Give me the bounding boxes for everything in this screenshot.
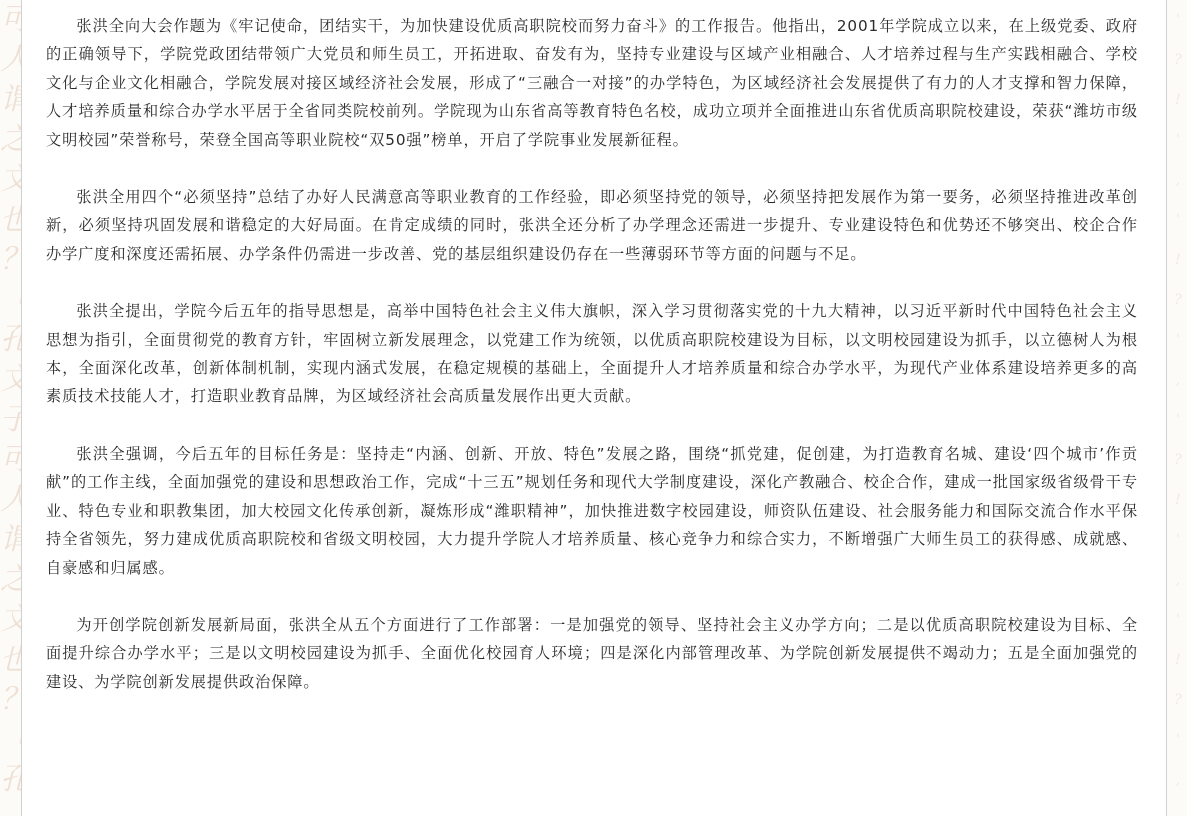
- calligraphy-glyph: ？: [0, 240, 21, 280]
- calligraphy-glyph: 也: [0, 640, 21, 680]
- calligraphy-glyph: 人: [0, 40, 21, 80]
- calligraphy-glyph: ': [1169, 0, 1187, 40]
- calligraphy-glyph: 孔: [0, 320, 21, 360]
- calligraphy-glyph: ?: [1169, 280, 1187, 320]
- calligraphy-glyph: 谓: [0, 80, 21, 120]
- calligraphy-glyph: 之: [0, 120, 21, 160]
- calligraphy-glyph: ,: [1169, 560, 1187, 600]
- article-body: 张洪全向大会作题为《牢记使命，团结实干，为加快建设优质高职院校而努力奋斗》的工作…: [46, 12, 1138, 725]
- calligraphy-glyph: ': [1169, 600, 1187, 640]
- calligraphy-glyph: ？: [0, 680, 21, 720]
- article-content-panel: 张洪全向大会作题为《牢记使命，团结实干，为加快建设优质高职院校而努力奋斗》的工作…: [21, 0, 1167, 816]
- calligraphy-decoration-left: 可人谓之文也？『孔文子可人谓之文也？『孔: [0, 0, 21, 816]
- calligraphy-glyph: ,: [1169, 360, 1187, 400]
- calligraphy-glyph: ': [1169, 200, 1187, 240]
- calligraphy-glyph: 之: [0, 560, 21, 600]
- article-paragraph-1: 张洪全向大会作题为《牢记使命，团结实干，为加快建设优质高职院校而努力奋斗》的工作…: [46, 12, 1138, 154]
- calligraphy-glyph: 子: [0, 400, 21, 440]
- calligraphy-glyph: 『: [0, 280, 21, 320]
- calligraphy-glyph: ': [1169, 520, 1187, 560]
- calligraphy-glyph: ?: [1169, 40, 1187, 80]
- calligraphy-glyph: !: [1169, 640, 1187, 680]
- calligraphy-glyph: ': [1169, 120, 1187, 160]
- calligraphy-glyph: 可: [0, 0, 21, 40]
- calligraphy-glyph: 文: [0, 600, 21, 640]
- article-paragraph-3: 张洪全提出，学院今后五年的指导思想是，高举中国特色社会主义伟大旗帜，深入学习贯彻…: [46, 297, 1138, 411]
- calligraphy-glyph: 孔: [0, 760, 21, 800]
- calligraphy-glyph: ,: [1169, 160, 1187, 200]
- article-paragraph-4: 张洪全强调，今后五年的目标任务是：坚持走“内涵、创新、开放、特色”发展之路，围绕…: [46, 440, 1138, 582]
- calligraphy-glyph: !: [1169, 240, 1187, 280]
- calligraphy-glyph: ': [1169, 720, 1187, 760]
- article-paragraph-5: 为开创学院创新发展新局面，张洪全从五个方面进行了工作部署：一是加强党的领导、坚持…: [46, 611, 1138, 696]
- calligraphy-glyph: ': [1169, 320, 1187, 360]
- calligraphy-glyph: 『: [0, 720, 21, 760]
- page: 可人谓之文也？『孔文子可人谓之文也？『孔 张洪全向大会作题为《牢记使命，团结实干…: [0, 0, 1187, 816]
- calligraphy-glyph: 人: [0, 480, 21, 520]
- calligraphy-glyph: 也: [0, 200, 21, 240]
- calligraphy-decoration-right: '?!','!?','?!','!?',: [1169, 0, 1187, 816]
- calligraphy-glyph: 文: [0, 160, 21, 200]
- calligraphy-glyph: 文: [0, 360, 21, 400]
- article-paragraph-2: 张洪全用四个“必须坚持”总结了办好人民满意高等职业教育的工作经验，即必须坚持党的…: [46, 183, 1138, 268]
- calligraphy-glyph: 谓: [0, 520, 21, 560]
- calligraphy-glyph: ,: [1169, 760, 1187, 800]
- calligraphy-glyph: 可: [0, 440, 21, 480]
- calligraphy-glyph: !: [1169, 480, 1187, 520]
- calligraphy-glyph: ?: [1169, 680, 1187, 720]
- calligraphy-glyph: ': [1169, 400, 1187, 440]
- calligraphy-glyph: !: [1169, 80, 1187, 120]
- calligraphy-glyph: ?: [1169, 440, 1187, 480]
